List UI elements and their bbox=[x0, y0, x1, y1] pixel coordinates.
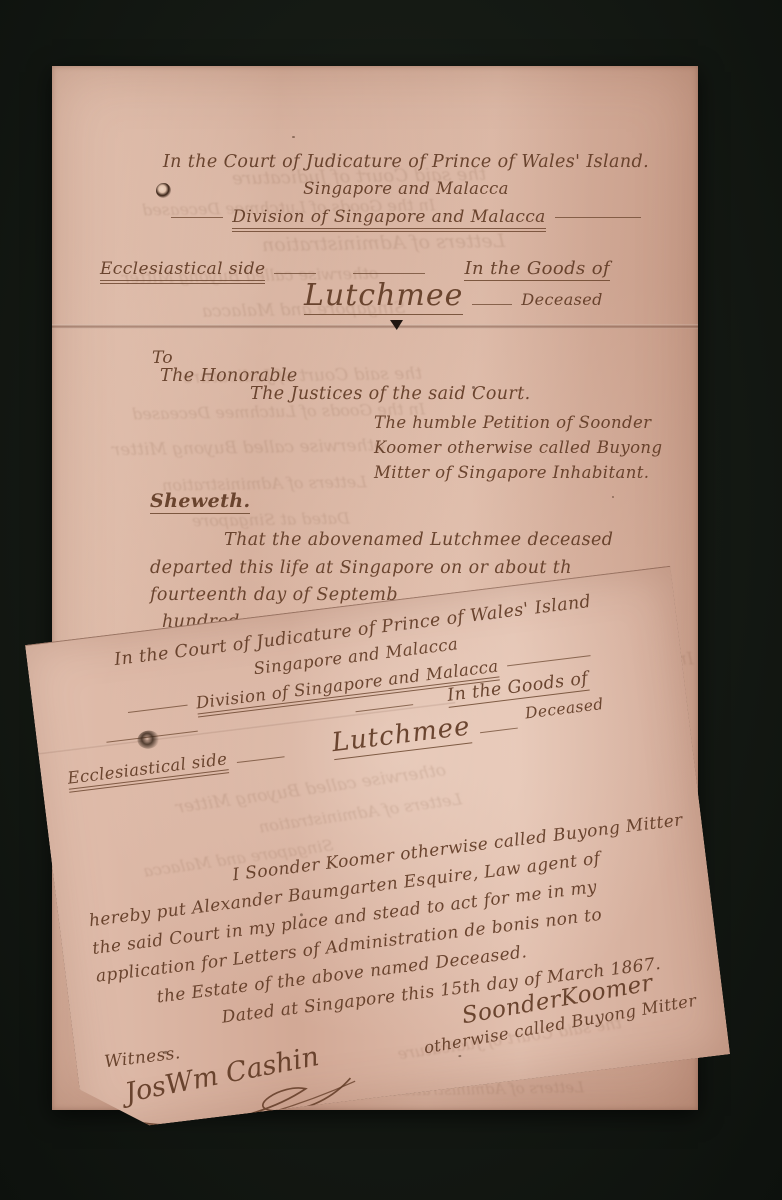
petition-line: Koomer otherwise called Buyong bbox=[374, 435, 662, 460]
petition-body-line: departed this life at Singapore on or ab… bbox=[150, 558, 572, 578]
salutation-to: To bbox=[152, 348, 173, 368]
witness-block: Witness. JosWm Cashin bbox=[103, 1022, 362, 1133]
petition-line: Mitter of Singapore Inhabitant. bbox=[374, 460, 662, 485]
ecclesiastical-label: Ecclesiastical side bbox=[66, 749, 229, 792]
pinhole bbox=[156, 183, 171, 198]
petition-line: The humble Petition of Soonder bbox=[374, 410, 662, 435]
court-subtitle: Singapore and Malacca bbox=[126, 179, 686, 198]
petition-body-line: fourteenth day of Septemb bbox=[150, 585, 398, 605]
ink-rule bbox=[274, 273, 316, 274]
deceased-name: Lutchmee bbox=[304, 278, 463, 315]
ink-rule bbox=[171, 217, 223, 218]
foxing-speck bbox=[472, 386, 475, 389]
petition-clause: The humble Petition of Soonder Koomer ot… bbox=[374, 410, 662, 485]
ink-rule bbox=[507, 655, 590, 666]
salutation-honorable: The Honorable bbox=[160, 366, 298, 386]
bleedthrough-text: Letters of Administration bbox=[262, 230, 506, 256]
bleedthrough-text: otherwise called Buyong Mitter bbox=[112, 436, 385, 461]
ink-rule bbox=[472, 304, 512, 305]
deceased-word: Deceased bbox=[521, 290, 602, 309]
ink-rule bbox=[555, 217, 641, 218]
petition-body-line: That the abovenamed Lutchmee deceased bbox=[224, 530, 613, 550]
court-title: In the Court of Judicature of Prince of … bbox=[126, 152, 686, 172]
ink-rule bbox=[128, 705, 188, 713]
foxing-speck bbox=[292, 136, 295, 138]
court-header: In the Court of Judicature of Prince of … bbox=[126, 152, 686, 227]
fold-crease bbox=[52, 324, 698, 329]
salutation-justices: The Justices of the said Court. bbox=[250, 384, 531, 404]
division-label: Division of Singapore and Malacca bbox=[232, 207, 545, 232]
sheweth-label: Sheweth. bbox=[150, 490, 250, 514]
ecclesiastical-label: Ecclesiastical side bbox=[100, 259, 265, 284]
front-document: otherwise called Buyong Mitter Letters o… bbox=[25, 566, 730, 1134]
scanned-archive-photo: the said Court of Judicature In the Good… bbox=[0, 0, 782, 1200]
ink-blot bbox=[136, 729, 160, 750]
ink-rule bbox=[353, 273, 425, 274]
division-line: Division of Singapore and Malacca bbox=[126, 207, 686, 227]
ink-rule bbox=[480, 728, 518, 734]
bleedthrough-text: Letters of Administration bbox=[258, 789, 463, 836]
ink-rule bbox=[237, 756, 285, 763]
deceased-row: Lutchmee Deceased bbox=[304, 278, 603, 315]
deceased-word: Deceased bbox=[524, 695, 605, 722]
foxing-speck bbox=[612, 496, 614, 498]
